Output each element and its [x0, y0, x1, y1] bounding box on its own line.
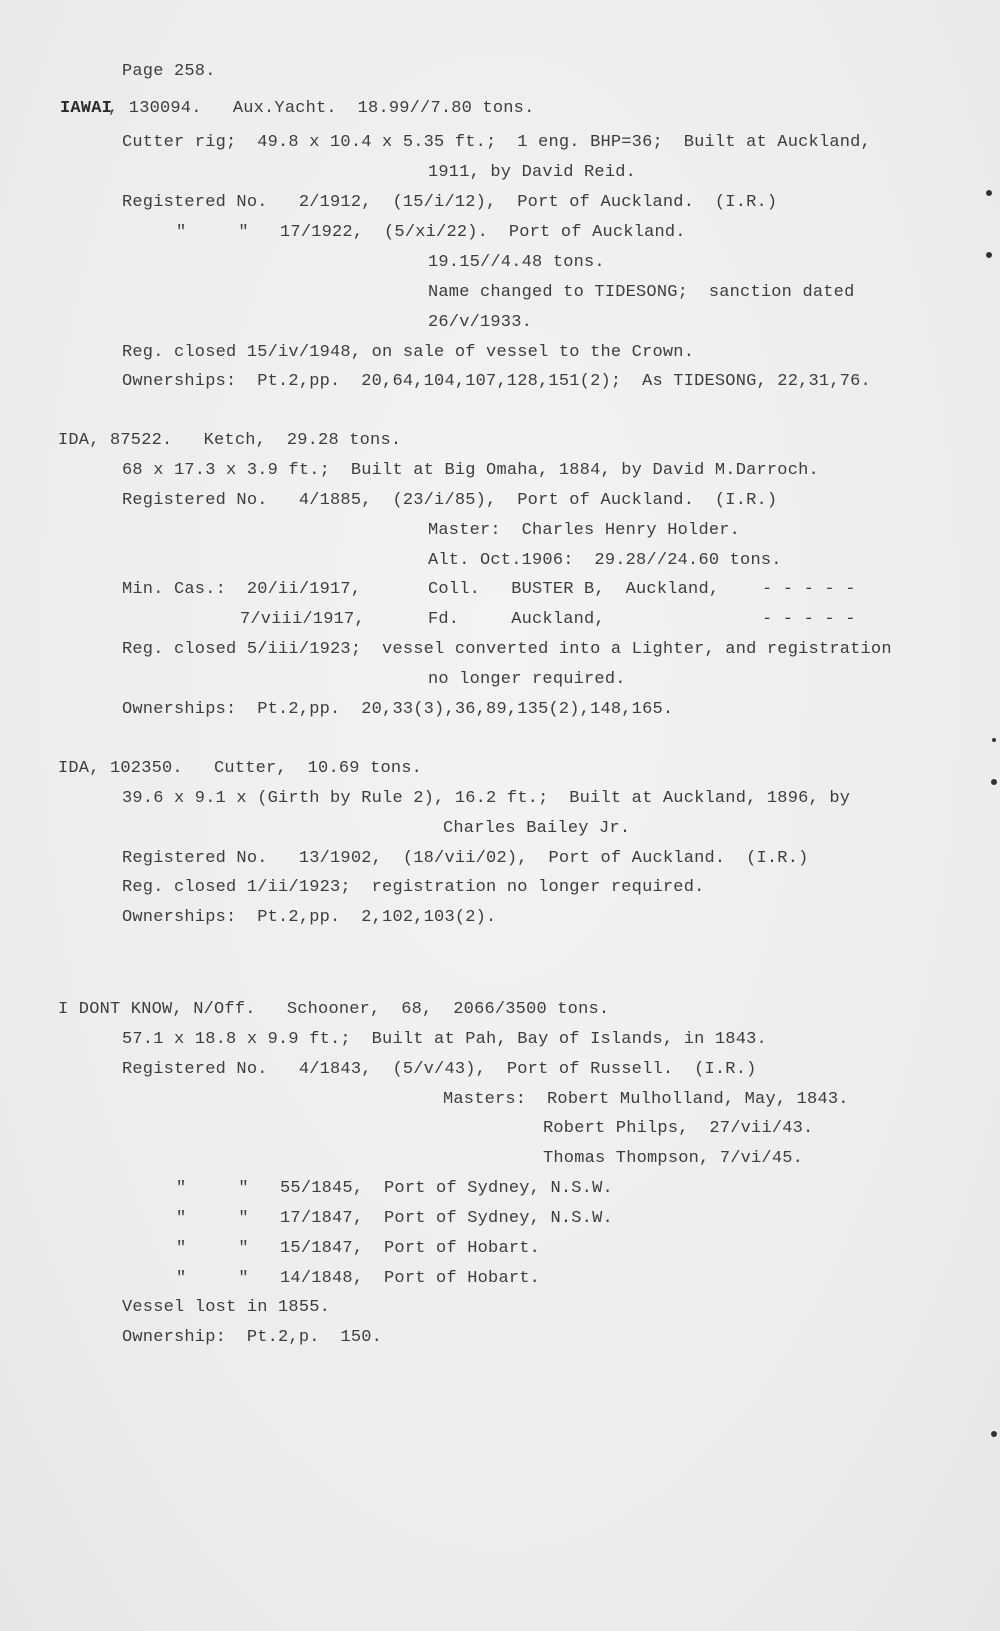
entry-line: Masters: Robert Mulholland, May, 1843. [443, 1090, 849, 1110]
entry-line: Cutter rig; 49.8 x 10.4 x 5.35 ft.; 1 en… [122, 133, 871, 153]
entry-heading: IDA, 87522. Ketch, 29.28 tons. [58, 431, 401, 451]
entry-line: - - - - - [762, 580, 856, 600]
entry-line: " " 17/1922, (5/xi/22). Port of Auckland… [176, 223, 686, 243]
entry-line: Coll. BUSTER B, Auckland, [428, 580, 719, 600]
entry-line: Reg. closed 1/ii/1923; registration no l… [122, 878, 705, 898]
entry-line: Ownership: Pt.2,p. 150. [122, 1328, 382, 1348]
entry-line: 26/v/1933. [428, 313, 532, 333]
entry-line: 68 x 17.3 x 3.9 ft.; Built at Big Omaha,… [122, 461, 819, 481]
page-number: Page 258. [122, 62, 216, 82]
entry-line: " " 55/1845, Port of Sydney, N.S.W. [176, 1179, 613, 1199]
entry-line: Master: Charles Henry Holder. [428, 521, 740, 541]
entry-line: Registered No. 2/1912, (15/i/12), Port o… [122, 193, 777, 213]
vessel-name: IAWAI [60, 99, 112, 119]
entry-line: Reg. closed 15/iv/1948, on sale of vesse… [122, 343, 694, 363]
entry-line: - - - - - [762, 610, 856, 630]
entry-line: no longer required. [428, 670, 626, 690]
entry-line: Charles Bailey Jr. [443, 819, 630, 839]
entry-line: Robert Philps, 27/vii/43. [543, 1119, 813, 1139]
margin-mark [991, 1431, 997, 1437]
entry-line: 19.15//4.48 tons. [428, 253, 605, 273]
entry-line: 1911, by David Reid. [428, 163, 636, 183]
entry-line: Reg. closed 5/iii/1923; vessel converted… [122, 640, 892, 660]
entry-line: Fd. Auckland, [428, 610, 605, 630]
entry-line: 57.1 x 18.8 x 9.9 ft.; Built at Pah, Bay… [122, 1030, 767, 1050]
entry-line: Ownerships: Pt.2,pp. 20,64,104,107,128,1… [122, 372, 871, 392]
entry-line: Ownerships: Pt.2,pp. 20,33(3),36,89,135(… [122, 700, 673, 720]
margin-mark [986, 190, 992, 196]
entry-line: Name changed to TIDESONG; sanction dated [428, 283, 854, 303]
entry-heading: , 130094. Aux.Yacht. 18.99//7.80 tons. [108, 99, 534, 119]
entry-heading: I DONT KNOW, N/Off. Schooner, 68, 2066/3… [58, 1000, 609, 1020]
entry-line: 39.6 x 9.1 x (Girth by Rule 2), 16.2 ft.… [122, 789, 850, 809]
margin-mark [991, 779, 997, 785]
margin-mark [992, 738, 996, 742]
entry-line: Registered No. 4/1885, (23/i/85), Port o… [122, 491, 777, 511]
margin-mark [986, 252, 992, 258]
entry-line: Registered No. 4/1843, (5/v/43), Port of… [122, 1060, 757, 1080]
entry-heading: IDA, 102350. Cutter, 10.69 tons. [58, 759, 422, 779]
typewritten-register-page: Page 258. IAWAI , 130094. Aux.Yacht. 18.… [0, 0, 1000, 1631]
entry-line: " " 17/1847, Port of Sydney, N.S.W. [176, 1209, 613, 1229]
entry-line: Thomas Thompson, 7/vi/45. [543, 1149, 803, 1169]
entry-line: Registered No. 13/1902, (18/vii/02), Por… [122, 849, 809, 869]
entry-line: Ownerships: Pt.2,pp. 2,102,103(2). [122, 908, 496, 928]
entry-line: Min. Cas.: 20/ii/1917, [122, 580, 361, 600]
entry-line: Alt. Oct.1906: 29.28//24.60 tons. [428, 551, 782, 571]
entry-line: " " 15/1847, Port of Hobart. [176, 1239, 540, 1259]
entry-line: " " 14/1848, Port of Hobart. [176, 1269, 540, 1289]
entry-line: Vessel lost in 1855. [122, 1298, 330, 1318]
entry-line: 7/viii/1917, [240, 610, 365, 630]
